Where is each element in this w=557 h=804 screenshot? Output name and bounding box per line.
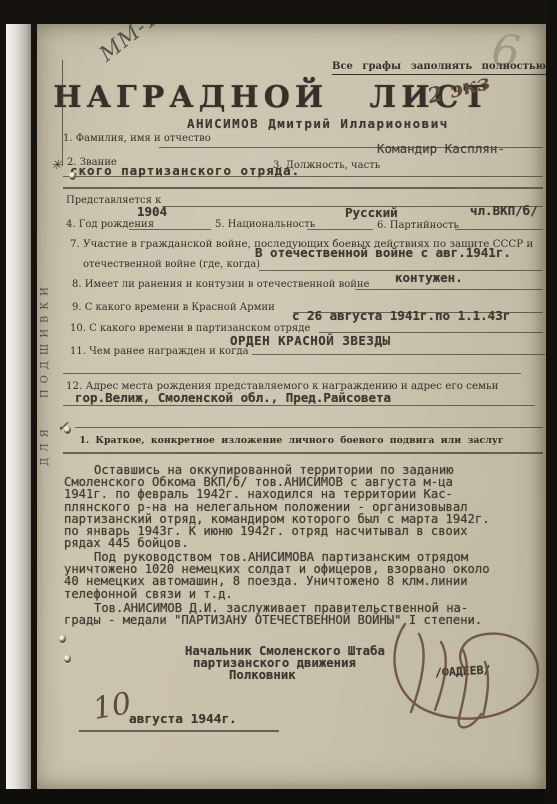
citation-paragraph-1: Оставшись на оккупированной территории п…	[64, 464, 516, 549]
field-value-wounds: контужен.	[395, 270, 463, 285]
typed-date: августа 1944г.	[129, 712, 237, 727]
form-line	[455, 229, 543, 230]
field-value-rank-unit-1: Командир Касплян-	[377, 141, 505, 156]
form-line	[63, 187, 543, 189]
field-value-war-participation: В отечественной войне с авг.1941г.	[255, 245, 511, 260]
handwritten-star-mark: ✳	[51, 158, 62, 173]
punch-hole	[69, 172, 76, 180]
recipient-name: АНИСИМОВ Дмитрий Илларионович	[187, 116, 449, 131]
field-label-wounds: 8. Имеет ли ранения и контузии в отечест…	[72, 279, 369, 290]
field-value-party: чл.ВКП/б/	[470, 203, 538, 218]
paper-sheet: ММ-1 6 Все графы заполнять полностью НАГ…	[37, 24, 546, 789]
scan-border-top	[0, 0, 557, 24]
form-line	[75, 427, 543, 428]
form-line	[129, 229, 211, 230]
punch-hole	[59, 635, 66, 643]
signer-rank: Полковник	[229, 668, 296, 682]
form-line	[355, 289, 543, 290]
form-line	[63, 452, 543, 454]
field-label-red-army-since: 9. С какого времени в Красной Армии	[72, 302, 275, 313]
date-underline	[79, 730, 279, 732]
form-line	[307, 229, 373, 230]
form-line	[63, 176, 543, 177]
punch-hole	[64, 655, 71, 663]
field-label-name: 1. Фамилия, имя и отчество	[63, 133, 211, 144]
scan-border-bottom	[0, 789, 557, 804]
fill-all-fields-note: Все графы заполнять полностью	[332, 61, 546, 75]
field-value-partisan-since: с 26 августа 1941г.по 1.1.43г	[292, 308, 510, 323]
field-value-prior-awards: ОРДЕН КРАСНОЙ ЗВЕЗДЫ	[230, 333, 391, 348]
handwritten-date-day: 10	[90, 686, 134, 727]
scan-border-right	[546, 0, 557, 804]
vertical-filing-text: ДЛЯ ПОДШИВКИ	[40, 224, 51, 524]
punch-hole	[64, 426, 71, 434]
field-value-birth-year: 1904	[137, 204, 167, 219]
handwritten-signature	[367, 616, 552, 751]
field-value-nationality: Русский	[345, 205, 398, 220]
form-line	[252, 354, 545, 355]
form-line	[63, 405, 535, 406]
form-line	[63, 373, 521, 374]
field-label-party: 6. Партийность	[377, 220, 459, 231]
field-label-war-participation-2: отечественной войне (где, когда)	[83, 259, 260, 270]
scan-film-edge	[6, 0, 31, 804]
margin-pen-line	[62, 60, 63, 166]
section-header: 1. Краткое, конкретное изложение личного…	[37, 435, 546, 446]
citation-paragraph-2: Под руководством тов.АНИСИМОВА партизанс…	[64, 551, 516, 600]
field-label-prior-awards: 11. Чем ранее награжден и когда	[70, 346, 249, 357]
field-label-nationality: 5. Национальность	[215, 219, 315, 230]
field-value-address: гор.Велиж, Смоленской обл., Пред.Райсове…	[75, 390, 391, 405]
